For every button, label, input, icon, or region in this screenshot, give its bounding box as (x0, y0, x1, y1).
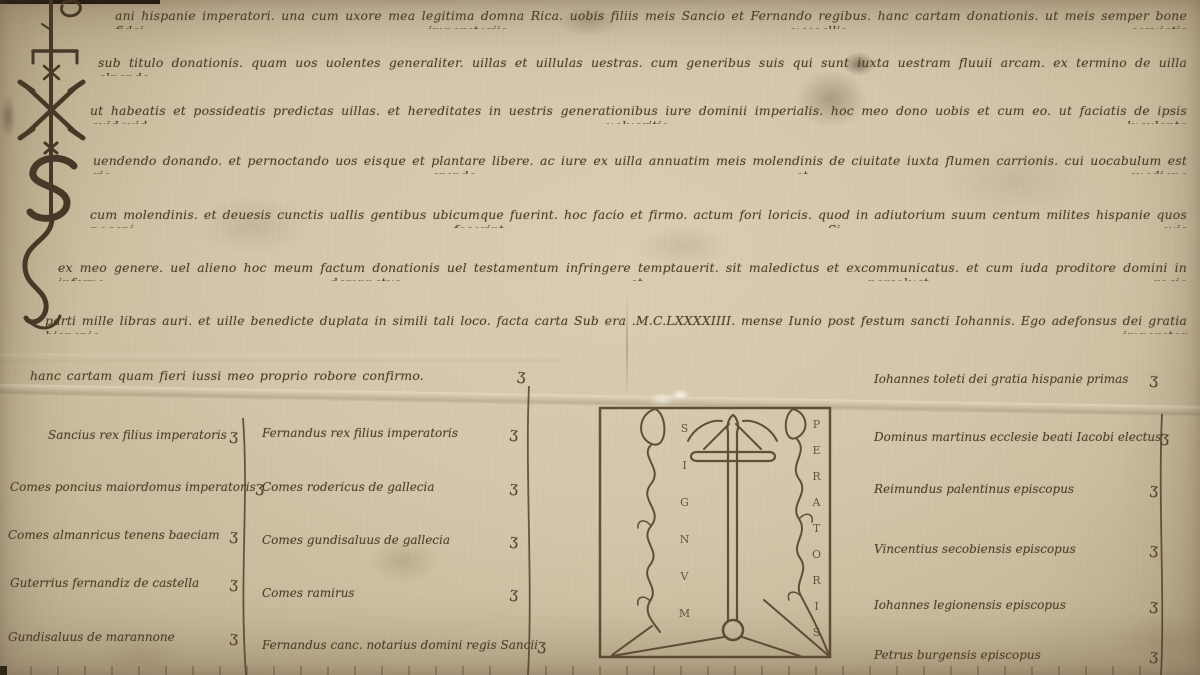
parchment-grain (0, 0, 1200, 675)
witness-row: Gundisaluus de marannone ʒ (8, 630, 238, 649)
main-text-line-6: ex meo genere. uel alieno hoc meum factu… (58, 260, 1187, 281)
confirmation-siglum: ʒ (509, 425, 519, 440)
witness-row: Comes ramirus ʒ (262, 586, 518, 605)
witness-name: Iohannes toleti dei gratia hispanie prim… (874, 372, 1128, 386)
witness-name: Gundisaluus de marannone (8, 630, 175, 644)
witness-row: Iohannes legionensis episcopus ʒ (874, 598, 1158, 617)
witness-name: Comes rodericus de gallecia (262, 480, 435, 494)
scan-edge-top (0, 0, 160, 4)
witness-row: Comes poncius maiordomus imperatoris ʒ (10, 480, 238, 499)
witness-row: Dominus martinus ecclesie beati Iacobi e… (874, 430, 1158, 449)
main-text-line-5: cum molendinis. et deuesis cunctis ualli… (90, 207, 1187, 228)
corroboration-line: hanc cartam quam fieri iussi meo proprio… (30, 368, 526, 389)
confirmation-siglum: ʒ (229, 575, 239, 590)
witness-name: Dominus martinus ecclesie beati Iacobi e… (874, 430, 1161, 444)
main-text-line-7: parti mille libras auri. et uille benedi… (45, 313, 1187, 334)
witness-row: Iohannes toleti dei gratia hispanie prim… (874, 372, 1158, 391)
witness-row: Vincentius secobiensis episcopus ʒ (874, 542, 1158, 561)
confirmation-siglum: ʒ (516, 368, 526, 389)
confirmation-siglum: ʒ (509, 585, 519, 600)
scan-edge-bottom-left (0, 666, 7, 675)
witness-name: Fernandus canc. notarius domini regis Sa… (262, 638, 538, 652)
column-divider-left (243, 418, 246, 675)
witness-name: Sancius rex filius imperatoris (48, 428, 227, 442)
cross-icon (612, 415, 800, 656)
witness-name: Vincentius secobiensis episcopus (874, 542, 1076, 556)
confirmation-siglum: ʒ (1149, 481, 1159, 496)
confirmation-siglum: ʒ (229, 527, 239, 542)
corroboration-text: hanc cartam quam fieri iussi meo proprio… (30, 368, 424, 389)
confirmation-siglum: ʒ (229, 427, 239, 442)
witness-row: Comes almanricus tenens baeciam ʒ (8, 528, 238, 547)
cropped-bottom-row (30, 666, 500, 675)
confirmation-siglum: ʒ (1149, 371, 1159, 386)
confirmation-siglum: ʒ (1149, 647, 1159, 662)
main-text-line-1: ani hispanie imperatori. una cum uxore m… (115, 8, 1187, 29)
edge-vignette (0, 0, 1200, 675)
witness-name: Petrus burgensis episcopus (874, 648, 1041, 662)
confirmation-siglum: ʒ (1149, 597, 1159, 612)
fold-crease-upper (0, 353, 560, 362)
witness-name: Iohannes legionensis episcopus (874, 598, 1066, 612)
witness-name: Guterrius fernandiz de castella (10, 576, 199, 590)
signum-frame (600, 408, 830, 657)
witness-row: Fernandus canc. notarius domini regis Sa… (262, 638, 518, 657)
witness-row: Sancius rex filius imperatoris ʒ (48, 428, 238, 447)
main-text-line-3: ut habeatis et possideatis predictas uil… (90, 103, 1187, 124)
witness-name: Comes almanricus tenens baeciam (8, 528, 220, 542)
signum-left-letters: SIGNVM (678, 422, 691, 647)
witness-row: Reimundus palentinus episcopus ʒ (874, 482, 1158, 501)
column-divider-middle (528, 386, 530, 675)
witness-name: Comes poncius maiordomus imperatoris (10, 480, 256, 494)
witness-row: Comes gundisaluus de gallecia ʒ (262, 533, 518, 552)
witness-row: Guterrius fernandiz de castella ʒ (10, 576, 238, 595)
confirmation-siglum: ʒ (537, 637, 547, 652)
confirmation-siglum: ʒ (229, 629, 239, 644)
witness-row: Comes rodericus de gallecia ʒ (262, 480, 518, 499)
ink-drawings (0, 0, 1200, 675)
parchment-document: ani hispanie imperatori. una cum uxore m… (0, 0, 1200, 675)
parchment-stains (0, 0, 1200, 675)
confirmation-siglum: ʒ (1149, 541, 1159, 556)
vine-left-icon (612, 409, 664, 655)
witness-name: Comes gundisaluus de gallecia (262, 533, 450, 547)
witness-row: Petrus burgensis episcopus ʒ (874, 648, 1158, 667)
signum-right-letters: PERATORIS (810, 418, 823, 650)
column-divider-right (1161, 414, 1163, 675)
main-text-line-4: uendendo donando. et pernoctando uos eis… (93, 153, 1187, 174)
confirmation-siglum: ʒ (1160, 429, 1170, 444)
witness-row: Fernandus rex filius imperatoris ʒ (262, 426, 518, 445)
fold-crease-vertical (626, 295, 628, 399)
witness-name: Reimundus palentinus episcopus (874, 482, 1074, 496)
confirmation-siglum: ʒ (509, 479, 519, 494)
confirmation-siglum: ʒ (509, 532, 519, 547)
witness-name: Fernandus rex filius imperatoris (262, 426, 458, 440)
cropped-bottom-row (545, 666, 1145, 675)
witness-name: Comes ramirus (262, 586, 355, 600)
main-text-line-2: sub titulo donationis. quam uos uolentes… (98, 55, 1187, 76)
